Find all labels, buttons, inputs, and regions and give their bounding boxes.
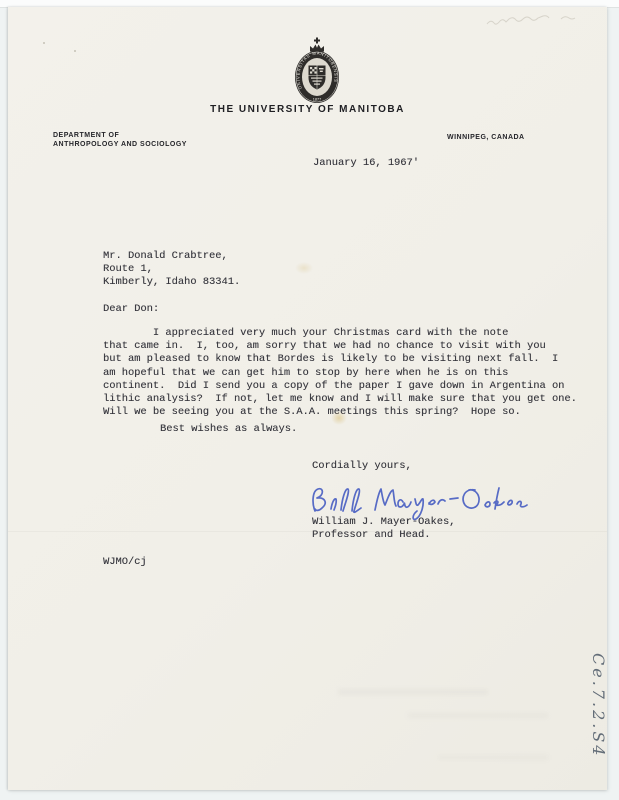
recipient-address: Mr. Donald Crabtree, Route 1, Kimberly, … <box>103 250 240 290</box>
department-line2: ANTHROPOLOGY AND SOCIOLOGY <box>53 140 187 149</box>
closing-line: Best wishes as always. <box>160 423 297 436</box>
body-line: am hopeful that we can get him to stop b… <box>103 367 577 380</box>
body-line: but am pleased to know that Bordes is li… <box>103 353 577 366</box>
typed-signature-block: William J. Mayer-Oakes, Professor and He… <box>312 516 455 542</box>
handwritten-archive-code: Ce.7.2.S4 <box>589 653 608 758</box>
paper-stain <box>295 262 313 274</box>
fold-crease <box>8 531 607 532</box>
signed-name: William J. Mayer-Oakes, <box>312 516 455 529</box>
crest-cross-icon <box>314 38 320 44</box>
body-line: lithic analysis? If not, let me know and… <box>103 393 577 406</box>
salutation: Dear Don: <box>103 303 159 316</box>
department-block: DEPARTMENT OF ANTHROPOLOGY AND SOCIOLOGY <box>53 131 187 149</box>
dust-speck <box>74 50 76 52</box>
university-crest-seal: UNIVERSITAS MANITOBENSIS 1877 <box>291 36 343 104</box>
ink-show-through <box>438 755 548 760</box>
university-name: THE UNIVERSITY OF MANITOBA <box>8 104 607 115</box>
paper-stain <box>331 411 347 425</box>
body-line: I appreciated very much your Christmas c… <box>103 327 577 340</box>
recipient-city: Kimberly, Idaho 83341. <box>103 276 240 289</box>
body-line: continent. Did I send you a copy of the … <box>103 380 577 393</box>
recipient-name: Mr. Donald Crabtree, <box>103 250 240 263</box>
letter-body: I appreciated very much your Christmas c… <box>103 327 577 419</box>
ink-show-through <box>408 713 548 718</box>
department-line1: DEPARTMENT OF <box>53 131 187 140</box>
valediction: Cordially yours, <box>312 460 412 473</box>
body-line: that came in. I, too, am sorry that we h… <box>103 340 577 353</box>
letter-paper: UNIVERSITAS MANITOBENSIS 1877 THE UNIVER… <box>8 7 607 790</box>
ink-show-through <box>338 689 488 695</box>
faint-pencil-note <box>483 10 579 30</box>
seal-year: 1877 <box>313 98 321 102</box>
dust-speck <box>43 42 45 44</box>
letter-date: January 16, 1967' <box>313 157 419 170</box>
typist-reference: WJMO/cj <box>103 556 147 569</box>
letterhead-location: WINNIPEG, CANADA <box>447 133 525 142</box>
recipient-street: Route 1, <box>103 263 240 276</box>
